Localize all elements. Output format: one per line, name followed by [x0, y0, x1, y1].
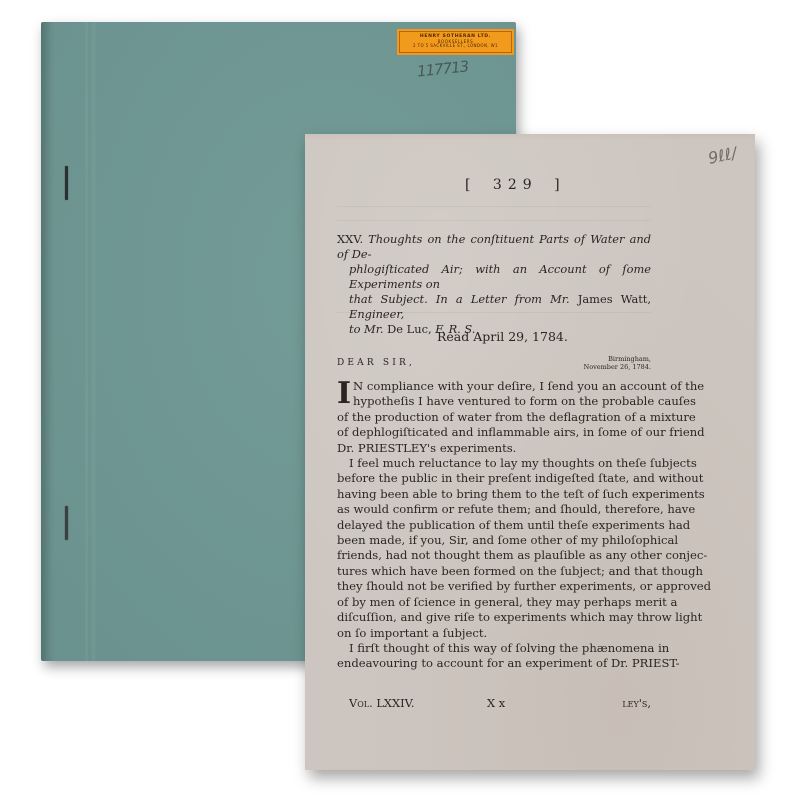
salutation: DEAR SIR, — [337, 358, 415, 368]
cover-pencil-note: 117713 — [416, 57, 469, 80]
letter-place-date: Birmingham, November 26, 1784. — [584, 356, 651, 371]
show-through-line — [337, 220, 651, 221]
body-line: before the public in their preſent indig… — [337, 471, 651, 486]
body-line: diſcuſſion, and give riſe to experiments… — [337, 610, 651, 625]
bookseller-label: HENRY SOTHERAN LTD. BOOKSELLERS 2 TO 5 S… — [397, 29, 514, 55]
body-line: as would confirm or refute them; and ſho… — [337, 502, 651, 517]
body-line: of by men of ſcience in general, they ma… — [337, 595, 651, 610]
spine-fold — [85, 22, 88, 661]
body-line: on ſo important a ſubject. — [337, 626, 651, 641]
title-line-3: that Subject. In a Letter from Mr. James… — [337, 292, 651, 322]
body-line: they ſhould not be verified by further e… — [337, 579, 651, 594]
page-pencil-note: 9ℓℓ/ — [707, 143, 739, 168]
body-line: having been able to bring them to the te… — [337, 487, 651, 502]
body-line: I feel much reluctance to lay my thought… — [337, 456, 651, 471]
letter-body: I N compliance with your deſire, I ſend … — [337, 379, 651, 672]
catchword: ley's, — [622, 696, 651, 710]
volume-number: Vol. LXXIV. — [349, 696, 414, 710]
body-line: Dr. PRIESTLEY's experiments. — [337, 441, 651, 456]
body-line: I firſt thought of this way of ſolving t… — [337, 641, 651, 656]
body-line: delayed the publication of them until th… — [337, 518, 651, 533]
author-name: James Watt, — [578, 292, 651, 306]
printed-page: 9ℓℓ/ [ 329 ] XXV. Thoughts on the conſti… — [305, 134, 755, 770]
body-line: of dephlogiſticated and inflammable airs… — [337, 425, 651, 440]
body-line: been made, if you, Sir, and ſome other o… — [337, 533, 651, 548]
article-number: XXV. — [337, 232, 363, 246]
body-line: tures which have been formed on the ſubj… — [337, 564, 651, 579]
bookseller-label-border: HENRY SOTHERAN LTD. BOOKSELLERS 2 TO 5 S… — [399, 31, 512, 53]
show-through-line — [337, 206, 651, 207]
staple-bottom — [65, 506, 68, 540]
title-line-1: XXV. Thoughts on the conſtituent Parts o… — [337, 232, 651, 262]
page-number: [ 329 ] — [465, 177, 566, 193]
article-title: XXV. Thoughts on the conſtituent Parts o… — [337, 232, 651, 337]
signature-mark: X x — [487, 696, 505, 710]
title-line-2: phlogiſticated Air; with an Account of ſ… — [337, 262, 651, 292]
body-line: friends, had not thought them as plauſib… — [337, 548, 651, 563]
body-line: endeavouring to account for an experimen… — [337, 656, 651, 671]
read-date: Read April 29, 1784. — [437, 329, 568, 344]
drop-cap: I — [337, 381, 351, 407]
bookseller-address: 2 TO 5 SACKVILLE ST., LONDON, W1 — [413, 44, 498, 48]
body-line: N compliance with your deſire, I ſend yo… — [337, 379, 651, 394]
body-line: of the production of water from the defl… — [337, 410, 651, 425]
body-line: hypotheſis I have ventured to form on th… — [337, 394, 651, 409]
staple-top — [65, 166, 68, 200]
recipient-name: De Luc, — [387, 322, 431, 336]
letter-date: November 26, 1784. — [584, 364, 651, 372]
